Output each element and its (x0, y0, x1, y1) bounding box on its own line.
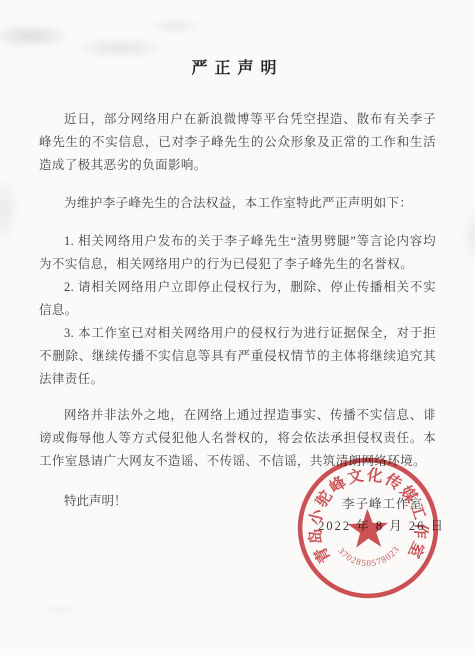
paragraph-intro: 近日，部分网络用户在新浪微博等平台凭空捏造、散布有关李子峰先生的不实信息，已对李… (39, 108, 436, 177)
scan-smudge (0, 6, 200, 66)
statement-item-1: 1. 相关网络用户发布的关于李子峰先生“渣男劈腿”等言论内容均为不实信息，相关网… (39, 230, 436, 276)
official-seal: 青岛小驼峰文化传媒工作室 3702850578023 (292, 452, 443, 603)
svg-text:3702850578023: 3702850578023 (336, 544, 402, 569)
paragraph-lead-in: 为维护李子峰先生的合法权益，本工作室特此严正声明如下： (39, 192, 436, 215)
scan-smudge (443, 190, 475, 280)
document-title: 严正声明 (39, 58, 436, 80)
seal-number: 3702850578023 (336, 544, 402, 569)
statement-item-2: 2. 请相关网络用户立即停止侵权行为，删除、停止传播相关不实信息。 (39, 276, 436, 322)
scan-smudge (20, 595, 100, 625)
statement-item-3: 3. 本工作室已对相关网络用户的侵权行为进行证据保全，对于拒不删除、继续传播不实… (39, 322, 436, 391)
seal-star (347, 508, 389, 548)
statement-document: 严正声明 近日，部分网络用户在新浪微博等平台凭空捏造、散布有关李子峰先生的不实信… (0, 0, 475, 655)
statement-items: 1. 相关网络用户发布的关于李子峰先生“渣男劈腿”等言论内容均为不实信息，相关网… (39, 230, 436, 391)
